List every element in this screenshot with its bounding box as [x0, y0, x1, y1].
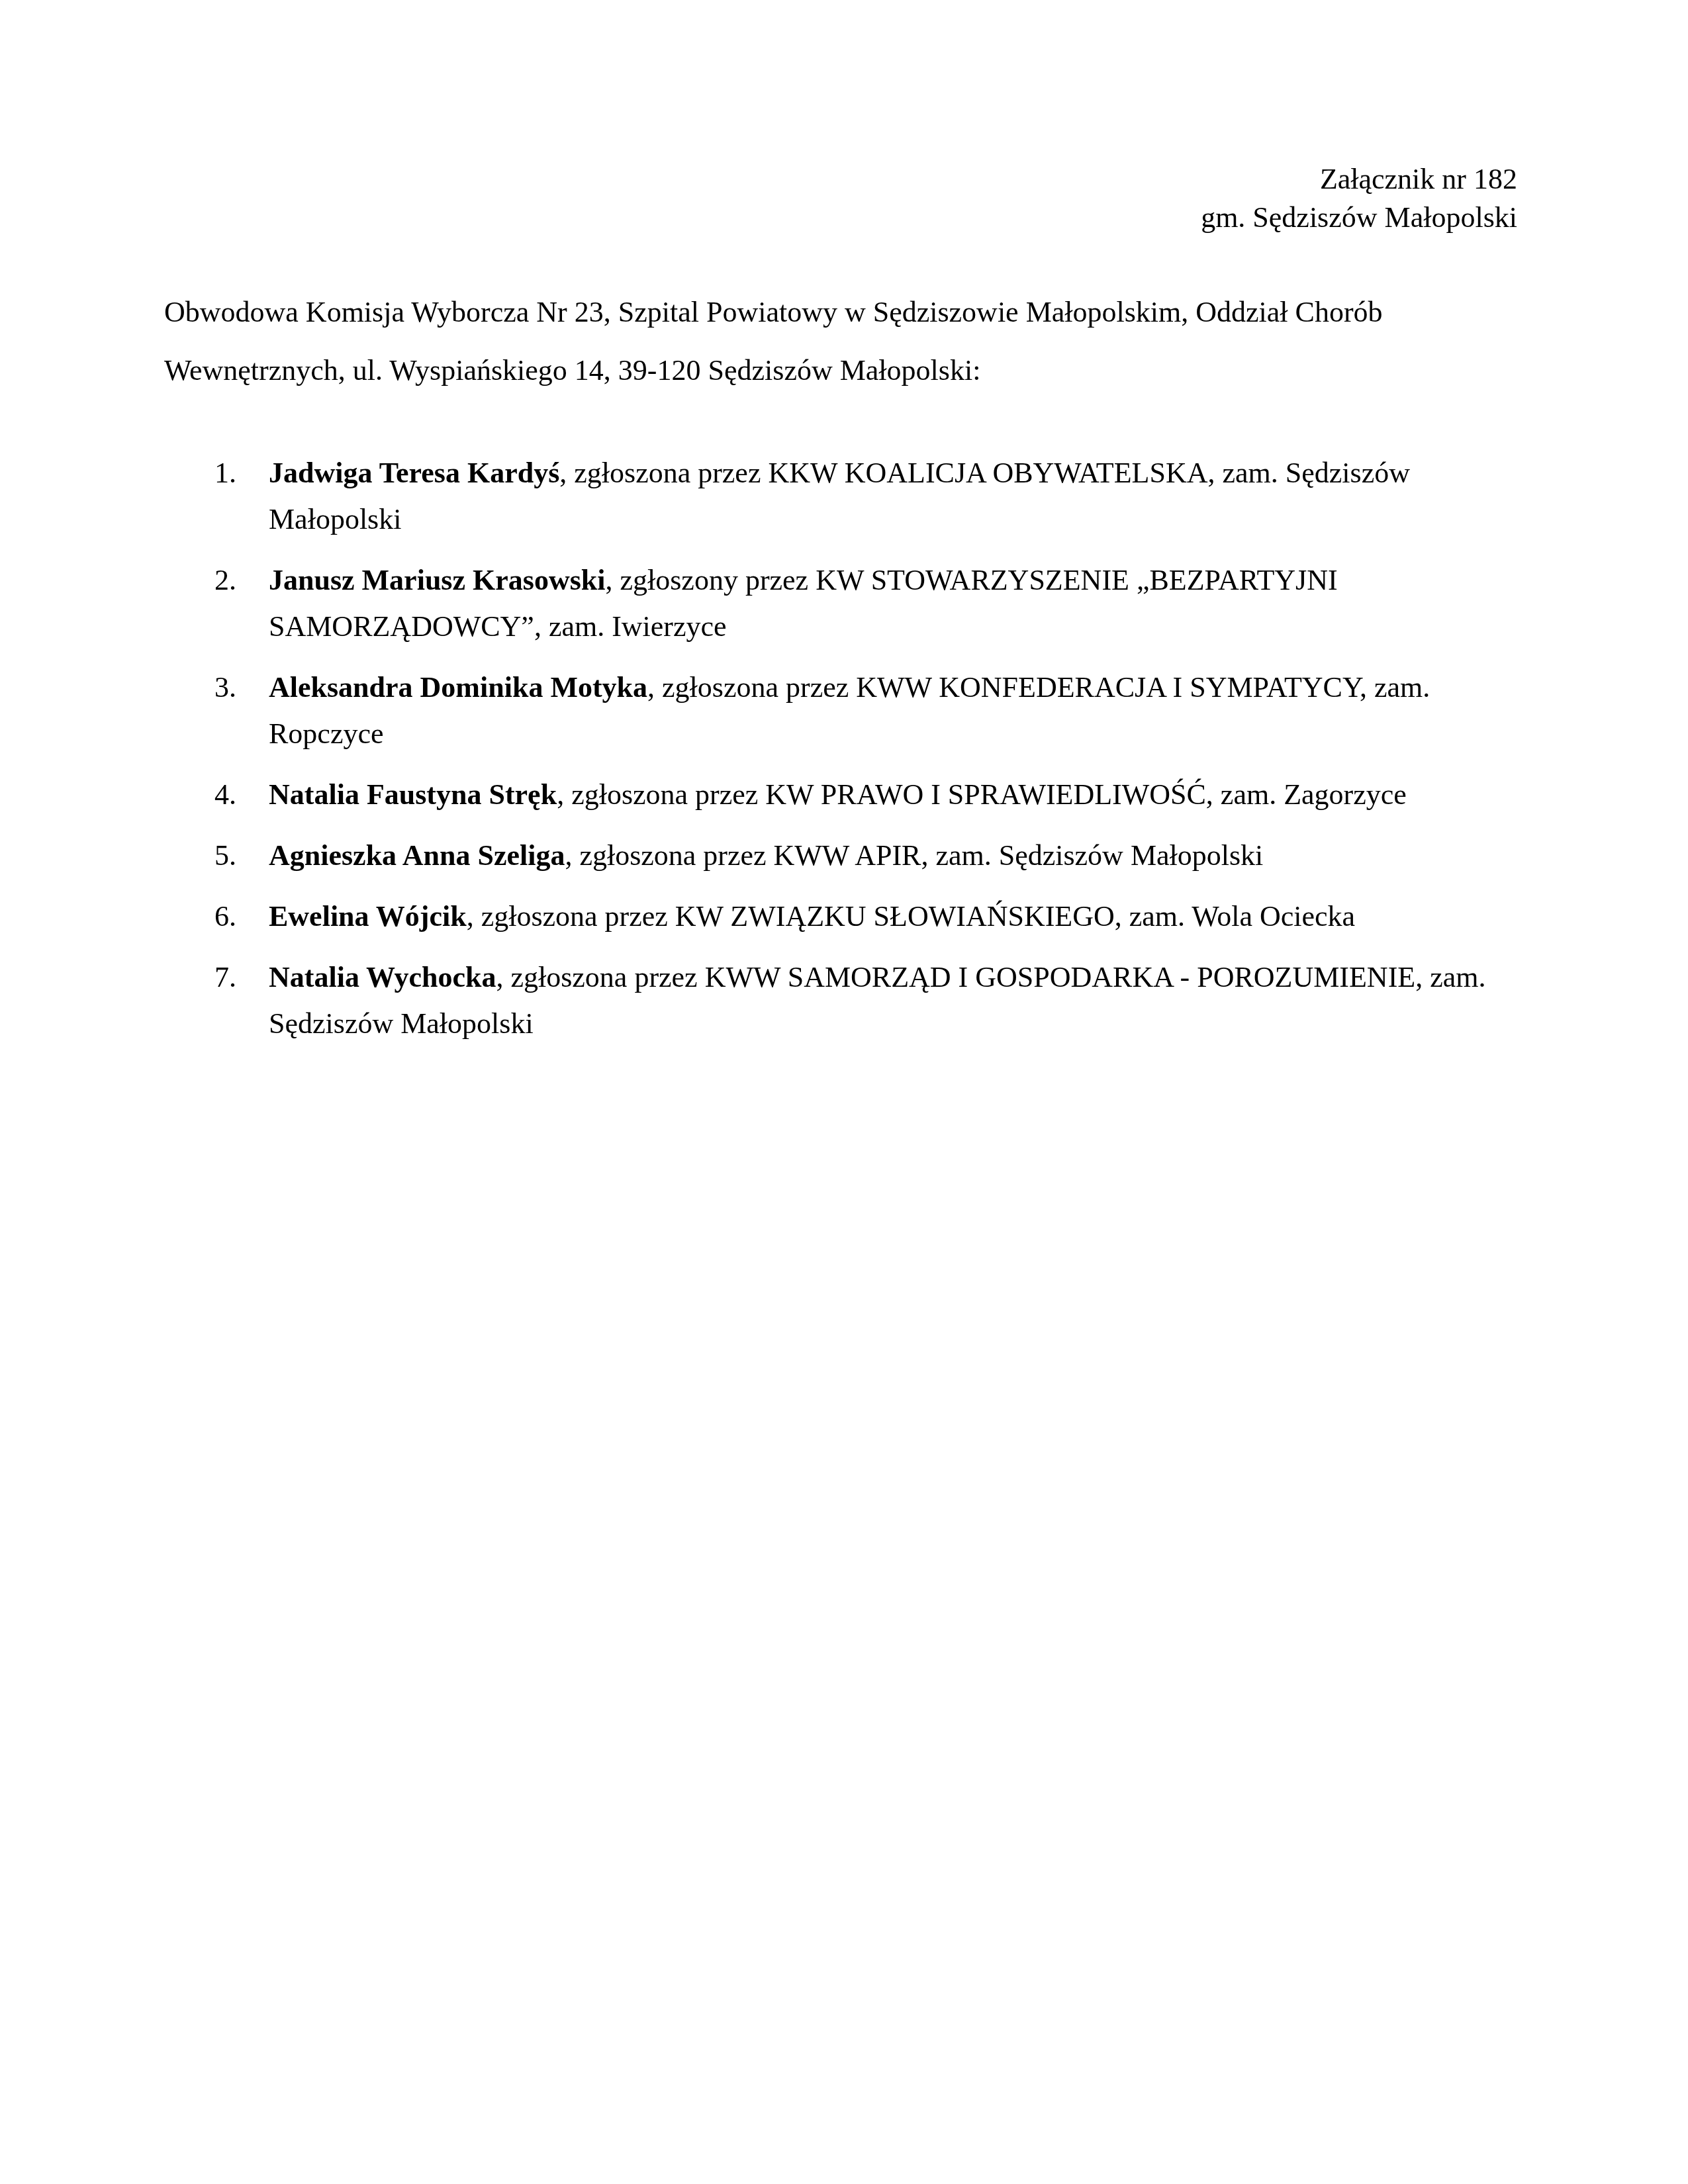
- member-name: Aleksandra Dominika Motyka: [269, 671, 647, 704]
- list-item: 2.Janusz Mariusz Krasowski, zgłoszony pr…: [164, 557, 1521, 650]
- member-name: Ewelina Wójcik: [269, 900, 467, 933]
- list-item: 4.Natalia Faustyna Stręk, zgłoszona prze…: [164, 772, 1521, 818]
- item-number: 5.: [214, 833, 236, 879]
- item-number: 1.: [214, 450, 236, 496]
- member-details: , zgłoszona przez KW PRAWO I SPRAWIEDLIW…: [557, 778, 1407, 811]
- member-name: Agnieszka Anna Szeliga: [269, 839, 565, 872]
- members-list: 1.Jadwiga Teresa Kardyś, zgłoszona przez…: [164, 450, 1521, 1062]
- member-name: Natalia Wychocka: [269, 961, 496, 993]
- item-number: 6.: [214, 893, 236, 940]
- document-header: Załącznik nr 182 gm. Sędziszów Małopolsk…: [1201, 160, 1517, 237]
- member-details: , zgłoszona przez KWW APIR, zam. Sędzisz…: [565, 839, 1263, 872]
- member-name: Jadwiga Teresa Kardyś: [269, 457, 559, 489]
- item-number: 2.: [214, 557, 236, 604]
- list-item: 5.Agnieszka Anna Szeliga, zgłoszona prze…: [164, 833, 1521, 879]
- list-item: 6.Ewelina Wójcik, zgłoszona przez KW ZWI…: [164, 893, 1521, 940]
- commission-description: Obwodowa Komisja Wyborcza Nr 23, Szpital…: [164, 283, 1521, 400]
- member-name: Natalia Faustyna Stręk: [269, 778, 557, 811]
- list-item: 7.Natalia Wychocka, zgłoszona przez KWW …: [164, 954, 1521, 1047]
- municipality-name: gm. Sędziszów Małopolski: [1201, 199, 1517, 237]
- member-details: , zgłoszona przez KW ZWIĄZKU SŁOWIAŃSKIE…: [467, 900, 1356, 933]
- item-number: 4.: [214, 772, 236, 818]
- attachment-number: Załącznik nr 182: [1201, 160, 1517, 199]
- item-number: 7.: [214, 954, 236, 1001]
- list-item: 1.Jadwiga Teresa Kardyś, zgłoszona przez…: [164, 450, 1521, 543]
- member-name: Janusz Mariusz Krasowski: [269, 564, 605, 596]
- list-item: 3.Aleksandra Dominika Motyka, zgłoszona …: [164, 664, 1521, 757]
- item-number: 3.: [214, 664, 236, 711]
